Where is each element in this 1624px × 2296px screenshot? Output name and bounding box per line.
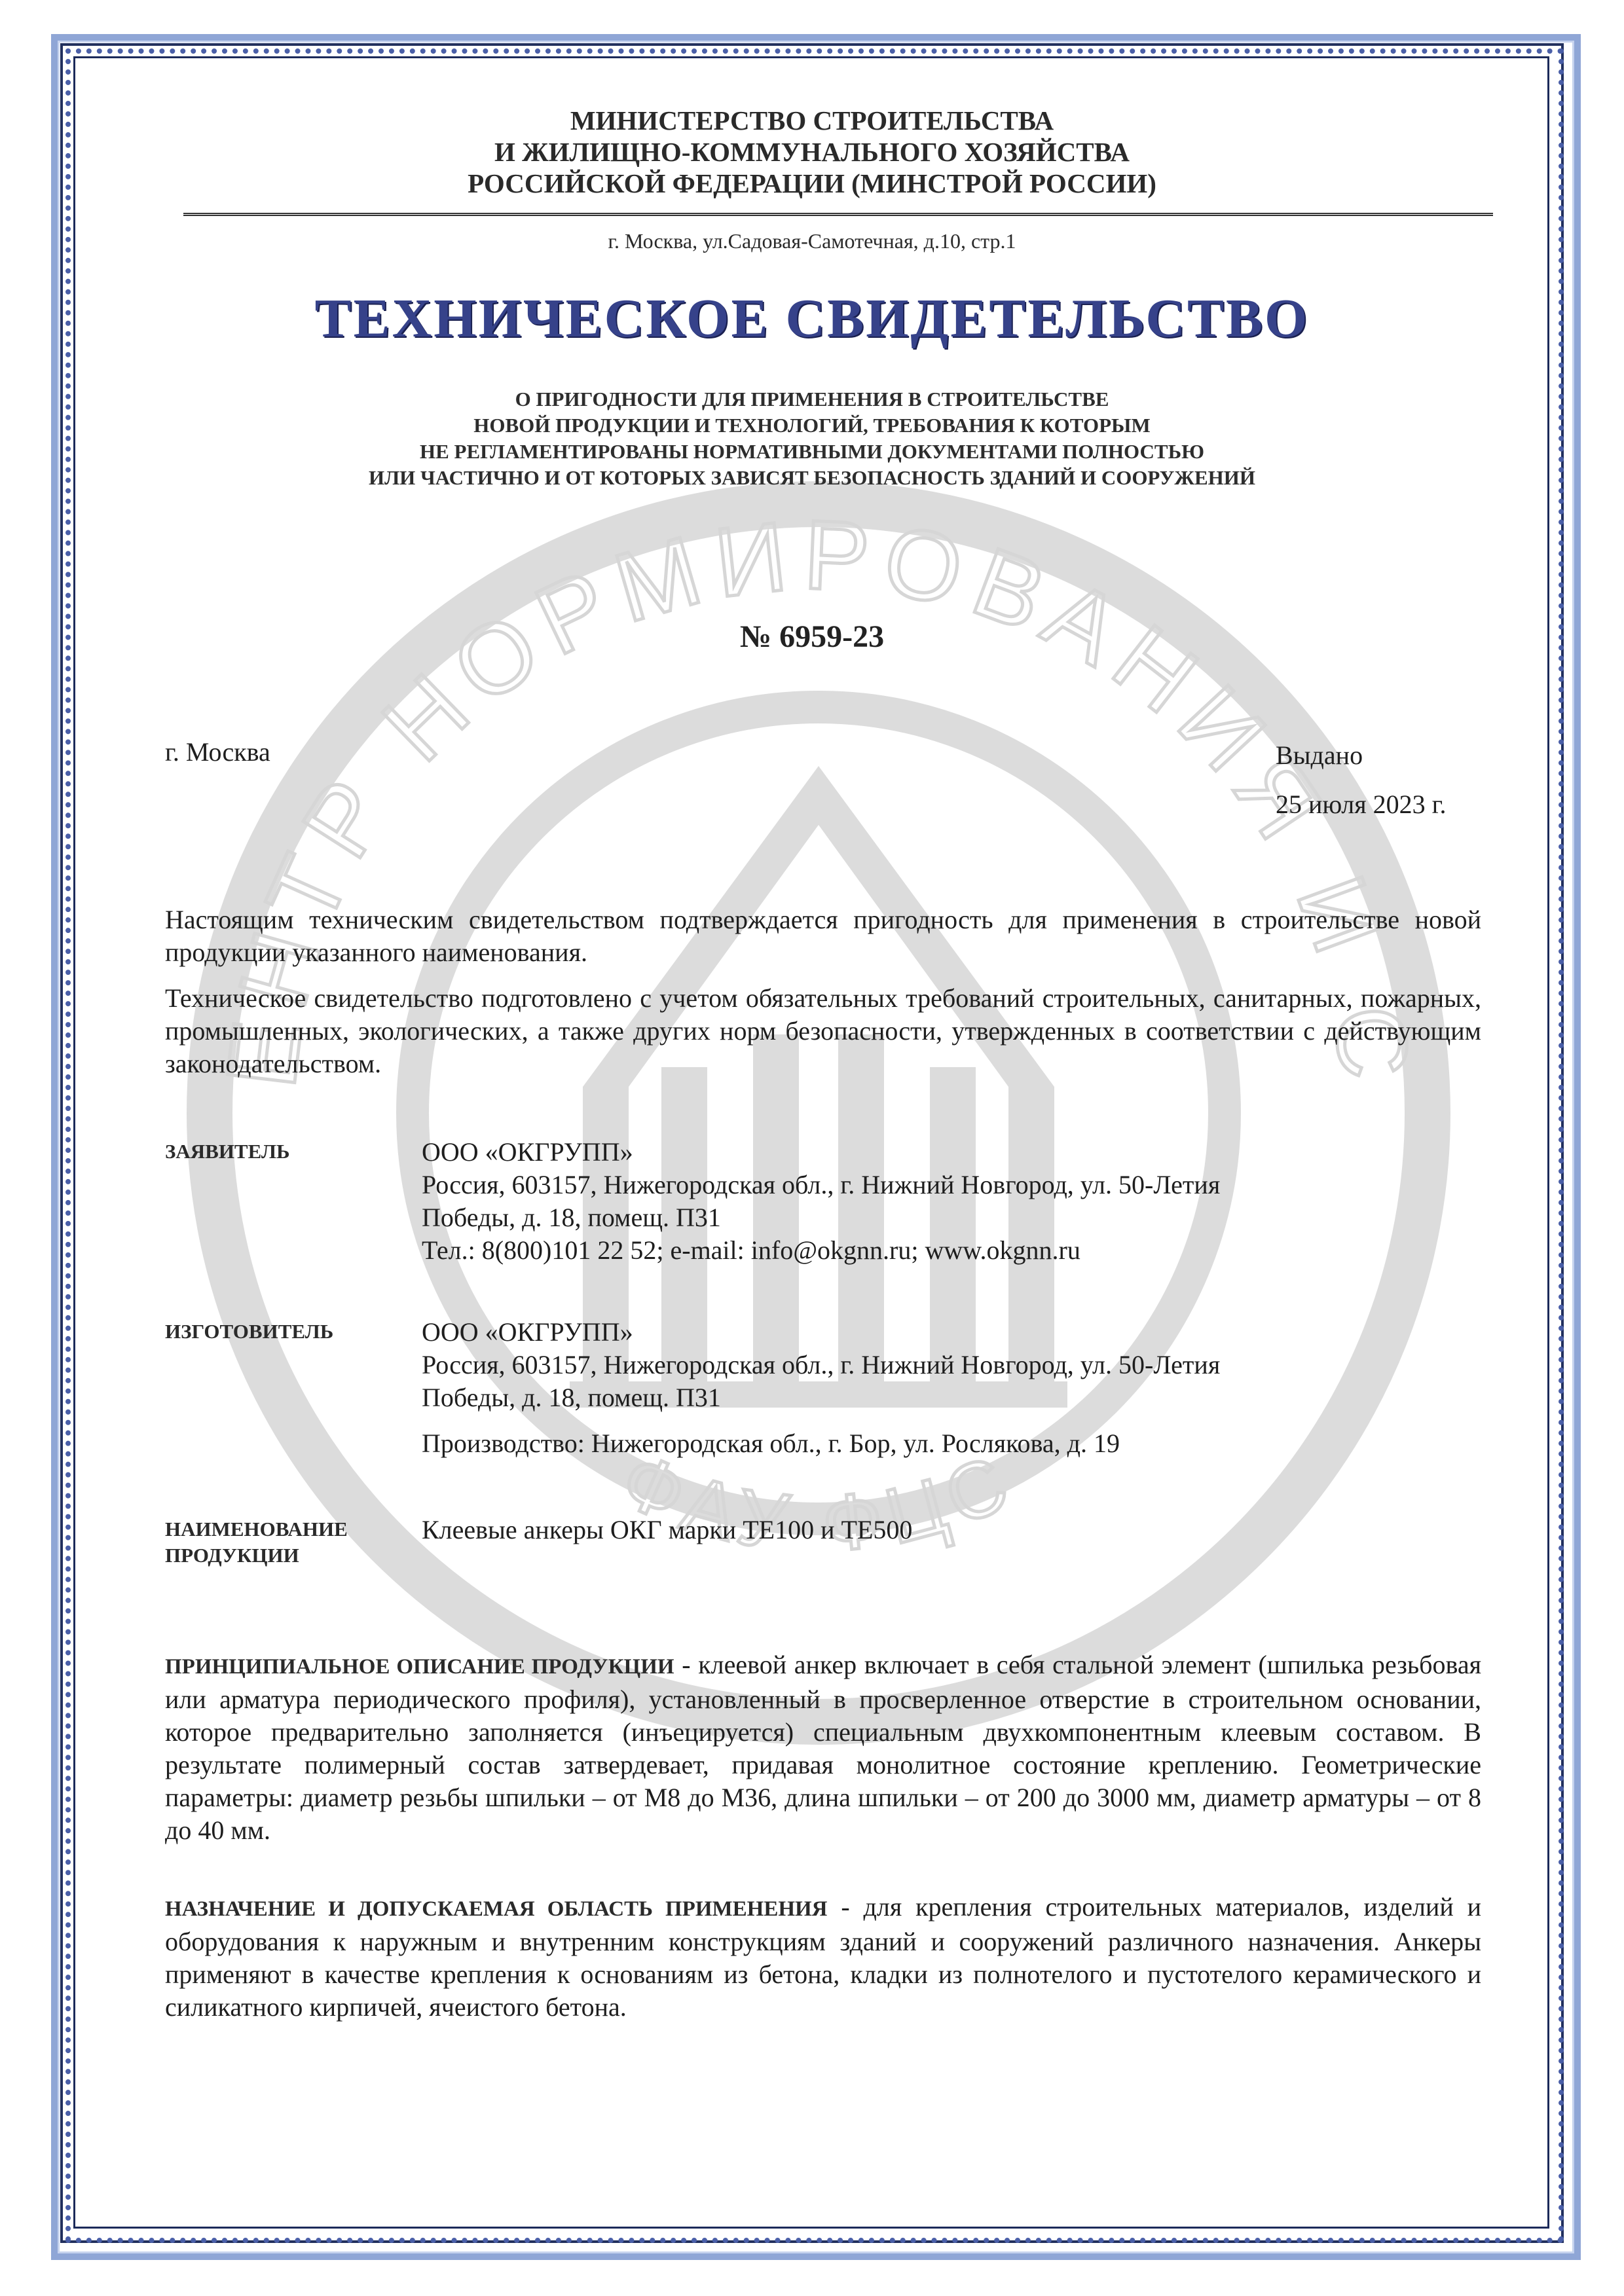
manufacturer-label: ИЗГОТОВИТЕЛЬ (165, 1319, 414, 1345)
issue-city: г. Москва (165, 737, 270, 767)
issued-date: 25 июля 2023 г. (1276, 789, 1447, 820)
product-label-line-1: НАИМЕНОВАНИЕ (165, 1516, 414, 1542)
subtitle-line-2: НОВОЙ ПРОДУКЦИИ И ТЕХНОЛОГИЙ, ТРЕБОВАНИЯ… (0, 412, 1624, 439)
purpose-heading: НАЗНАЧЕНИЕ И ДОПУСКАЕМАЯ ОБЛАСТЬ ПРИМЕНЕ… (165, 1897, 828, 1921)
manufacturer-name: ООО «ОКГРУПП» (422, 1316, 1483, 1349)
applicant-address-1: Россия, 603157, Нижегородская обл., г. Н… (422, 1169, 1483, 1201)
ministry-header: МИНИСТЕРСТВО СТРОИТЕЛЬСТВА И ЖИЛИЩНО-КОМ… (0, 105, 1624, 199)
manufacturer-address-1: Россия, 603157, Нижегородская обл., г. Н… (422, 1349, 1483, 1381)
subtitle-line-1: О ПРИГОДНОСТИ ДЛЯ ПРИМЕНЕНИЯ В СТРОИТЕЛЬ… (0, 386, 1624, 412)
header-divider (183, 213, 1493, 216)
certificate-number: № 6959-23 (0, 619, 1624, 655)
applicant-name: ООО «ОКГРУПП» (422, 1136, 1483, 1169)
issued-label: Выдано (1276, 740, 1363, 771)
manufacturer-details: ООО «ОКГРУПП» Россия, 603157, Нижегородс… (422, 1316, 1483, 1460)
ministry-line-3: РОССИЙСКОЙ ФЕДЕРАЦИИ (МИНСТРОЙ РОССИИ) (0, 168, 1624, 199)
ministry-line-1: МИНИСТЕРСТВО СТРОИТЕЛЬСТВА (0, 105, 1624, 136)
subtitle-line-4: ИЛИ ЧАСТИЧНО И ОТ КОТОРЫХ ЗАВИСЯТ БЕЗОПА… (0, 465, 1624, 491)
intro-paragraph-1: Настоящим техническим свидетельством под… (165, 903, 1481, 969)
applicant-contacts: Тел.: 8(800)101 22 52; e-mail: info@okgn… (422, 1234, 1483, 1267)
spacer (422, 1414, 1483, 1427)
document-subtitle: О ПРИГОДНОСТИ ДЛЯ ПРИМЕНЕНИЯ В СТРОИТЕЛЬ… (0, 386, 1624, 491)
description-section: ПРИНЦИПИАЛЬНОЕ ОПИСАНИЕ ПРОДУКЦИИ - клее… (165, 1649, 1481, 1847)
ministry-line-2: И ЖИЛИЩНО-КОММУНАЛЬНОГО ХОЗЯЙСТВА (0, 136, 1624, 168)
purpose-section: НАЗНАЧЕНИЕ И ДОПУСКАЕМАЯ ОБЛАСТЬ ПРИМЕНЕ… (165, 1891, 1481, 2024)
ministry-address: г. Москва, ул.Садовая-Самотечная, д.10, … (0, 229, 1624, 253)
description-text: - клеевой анкер включает в себя стальной… (165, 1650, 1481, 1845)
intro-paragraph-2: Техническое свидетельство подготовлено с… (165, 982, 1481, 1080)
document-title: ТЕХНИЧЕСКОЕ СВИДЕТЕЛЬСТВО (0, 287, 1624, 350)
description-heading: ПРИНЦИПИАЛЬНОЕ ОПИСАНИЕ ПРОДУКЦИИ (165, 1655, 674, 1679)
product-name: Клеевые анкеры ОКГ марки ТЕ100 и ТЕ500 (422, 1514, 1483, 1546)
product-label-line-2: ПРОДУКЦИИ (165, 1542, 414, 1569)
subtitle-line-3: НЕ РЕГЛАМЕНТИРОВАНЫ НОРМАТИВНЫМИ ДОКУМЕН… (0, 439, 1624, 465)
manufacturer-production: Производство: Нижегородская обл., г. Бор… (422, 1427, 1483, 1460)
applicant-label: ЗАЯВИТЕЛЬ (165, 1139, 414, 1165)
applicant-address-2: Победы, д. 18, помещ. П31 (422, 1201, 1483, 1234)
manufacturer-address-2: Победы, д. 18, помещ. П31 (422, 1381, 1483, 1414)
applicant-details: ООО «ОКГРУПП» Россия, 603157, Нижегородс… (422, 1136, 1483, 1267)
product-label: НАИМЕНОВАНИЕ ПРОДУКЦИИ (165, 1516, 414, 1569)
